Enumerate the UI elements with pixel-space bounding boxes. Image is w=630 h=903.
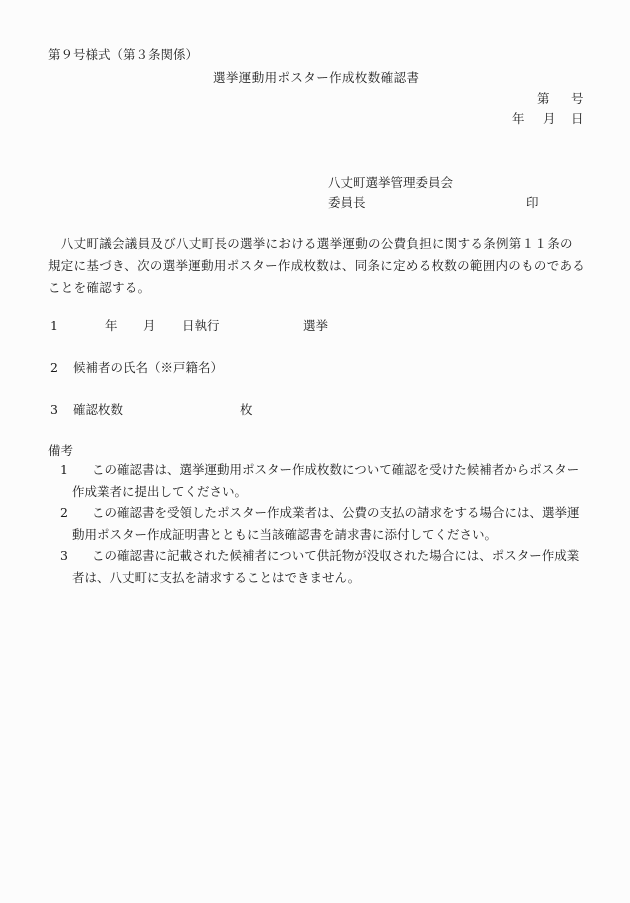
committee-name: 八丈町選挙管理委員会 xyxy=(328,175,453,191)
seal-mark: 印 xyxy=(526,195,539,211)
item-1-year-label: 年 xyxy=(105,318,118,334)
item-2-number: 2 xyxy=(50,360,58,376)
document-title: 選挙運動用ポスター作成枚数確認書 xyxy=(213,70,419,86)
item-1-month-label: 月 xyxy=(143,318,156,334)
body-paragraph: 八丈町議会議員及び八丈町長の選挙における選挙運動の公費負担に関する条例第１１条の… xyxy=(48,233,588,299)
remark-number: 2 xyxy=(60,502,72,524)
body-line: ことを確認する。 xyxy=(48,277,588,299)
remark-text: この確認書に記載された候補者について供託物が没収された場合には、ポスター作成業 xyxy=(92,548,579,563)
remark-text: 動用ポスター作成証明書とともに当該確認書を請求書に添付してください。 xyxy=(48,524,588,546)
remark-text: この確認書を受領したポスター作成業者は、公費の支払の請求をする場合には、選挙運 xyxy=(92,505,580,520)
remark-number: 3 xyxy=(60,545,72,567)
chair-label: 委員長 xyxy=(328,195,366,211)
remark-text: 者は、八丈町に支払を請求することはできません。 xyxy=(48,567,588,589)
date-day-label: 日 xyxy=(571,111,584,127)
form-number: 第９号様式（第３条関係） xyxy=(48,47,198,63)
item-3-unit: 枚 xyxy=(240,402,253,418)
remark-item: 1この確認書は、選挙運動用ポスター作成枚数について確認を受けた候補者からポスター… xyxy=(48,459,588,502)
remarks-list: 1この確認書は、選挙運動用ポスター作成枚数について確認を受けた候補者からポスター… xyxy=(48,459,588,589)
doc-number-suffix: 号 xyxy=(571,91,584,107)
body-line: 規定に基づき、次の選挙運動用ポスター作成枚数は、同条に定める枚数の範囲内のもので… xyxy=(48,255,588,277)
remark-text: この確認書は、選挙運動用ポスター作成枚数について確認を受けた候補者からポスター xyxy=(92,462,579,477)
remark-text: 作成業者に提出してください。 xyxy=(48,481,588,503)
item-1-day-exec-label: 日執行 xyxy=(182,318,220,334)
item-1-number: 1 xyxy=(50,318,58,334)
remark-number: 1 xyxy=(60,459,72,481)
item-2-candidate-name-label: 候補者の氏名（※戸籍名） xyxy=(73,360,223,376)
item-3-count-label: 確認枚数 xyxy=(73,402,123,418)
date-month-label: 月 xyxy=(543,111,556,127)
body-line: 八丈町議会議員及び八丈町長の選挙における選挙運動の公費負担に関する条例第１１条の xyxy=(48,233,588,255)
remark-item: 3この確認書に記載された候補者について供託物が没収された場合には、ポスター作成業… xyxy=(48,545,588,588)
remark-item: 2この確認書を受領したポスター作成業者は、公費の支払の請求をする場合には、選挙運… xyxy=(48,502,588,545)
item-3-number: 3 xyxy=(50,402,58,418)
remarks-heading: 備考 xyxy=(48,443,73,459)
doc-number-prefix: 第 xyxy=(537,91,550,107)
date-year-label: 年 xyxy=(512,111,525,127)
item-1-election-label: 選挙 xyxy=(303,318,328,334)
